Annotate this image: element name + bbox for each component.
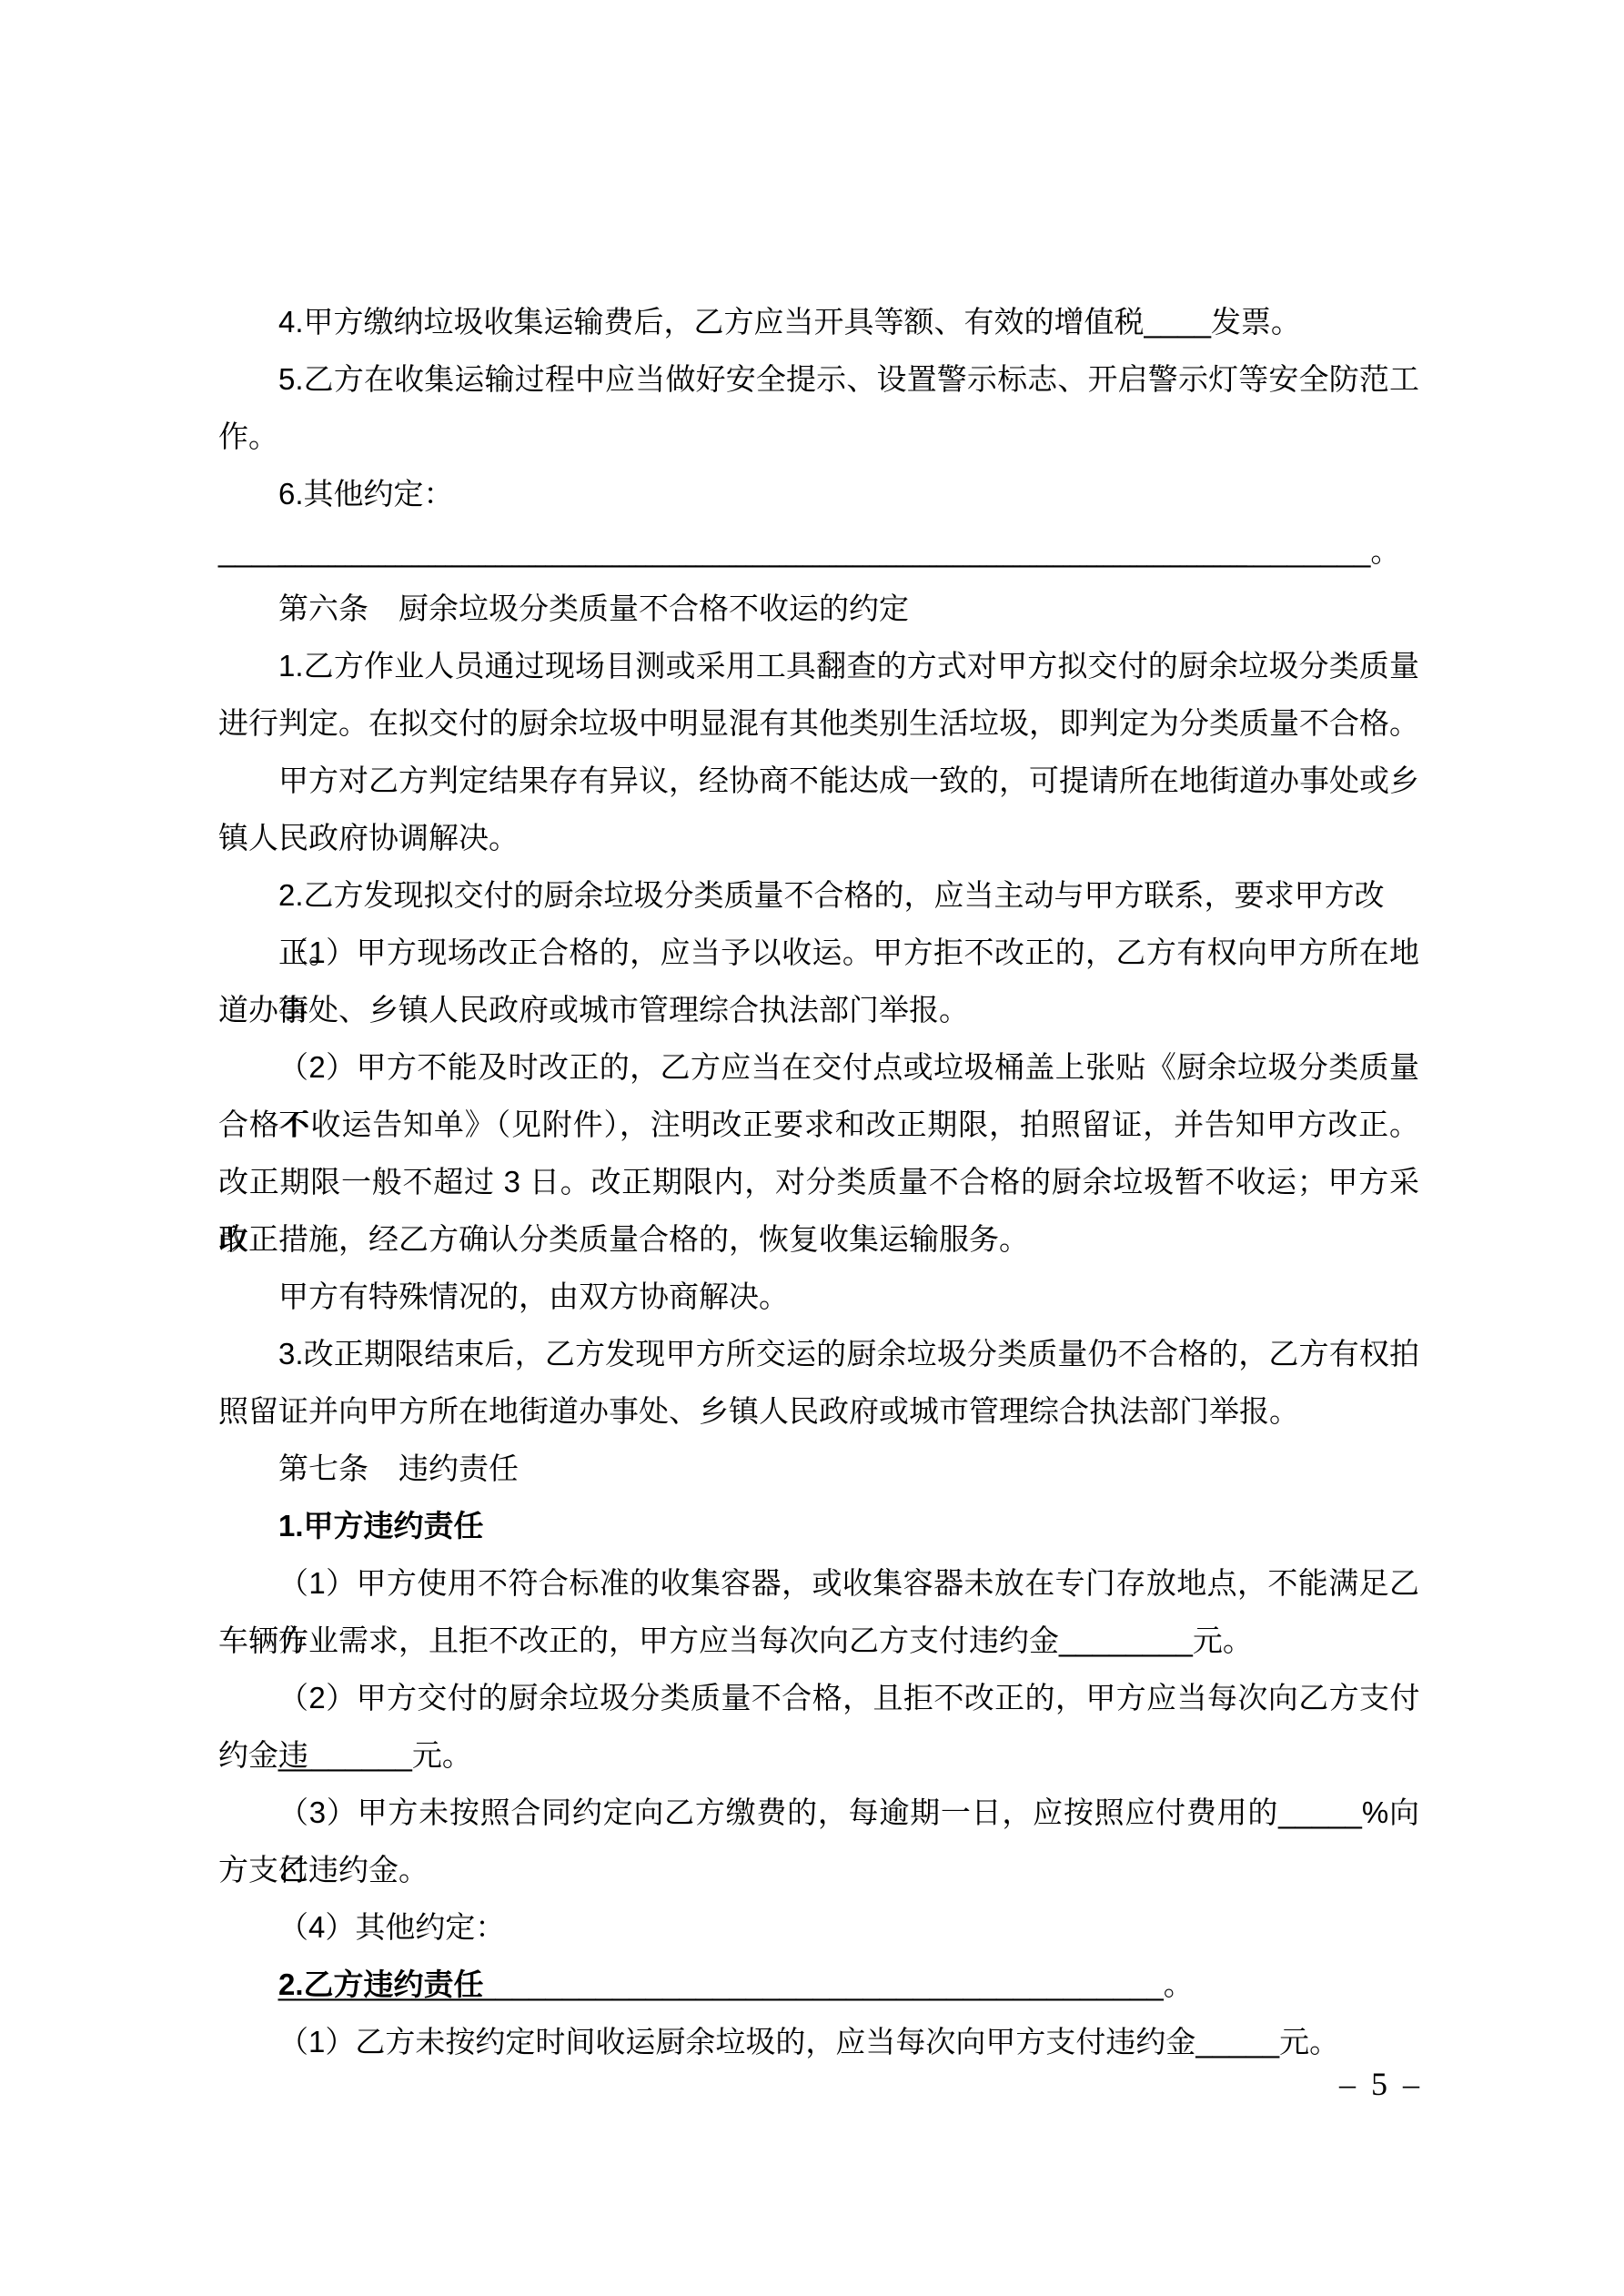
text-line: 改正措施，经乙方确认分类质量合格的，恢复收集运输服务。	[218, 1210, 1419, 1268]
text-line: （2）甲方不能及时改正的，乙方应当在交付点或垃圾桶盖上张贴《厨余垃圾分类质量不	[218, 1038, 1419, 1096]
text-line: 照留证并向甲方所在地街道办事处、乡镇人民政府或城市管理综合执法部门举报。	[218, 1382, 1419, 1440]
text-line: （4）其他约定：________________________________…	[218, 1898, 1419, 1956]
document-content: 4.甲方缴纳垃圾收集运输费后，乙方应当开具等额、有效的增值税____发票。5.乙…	[218, 293, 1419, 2070]
text-line: 第六条 厨余垃圾分类质量不合格不收运的约定	[218, 580, 1419, 637]
text-line: 4.甲方缴纳垃圾收集运输费后，乙方应当开具等额、有效的增值税____发票。	[218, 293, 1419, 350]
text-line: 1.乙方作业人员通过现场目测或采用工具翻查的方式对甲方拟交付的厨余垃圾分类质量	[218, 637, 1419, 694]
text-line: （1）甲方使用不符合标准的收集容器，或收集容器未放在专门存放地点，不能满足乙方	[218, 1554, 1419, 1612]
text-line: 镇人民政府协调解决。	[218, 809, 1419, 866]
text-line: 方支付违约金。	[218, 1841, 1419, 1898]
text-line: （3）甲方未按照合同约定向乙方缴费的，每逾期一日，应按照应付费用的_____%向…	[218, 1784, 1419, 1841]
text-line: （1）甲方现场改正合格的，应当予以收运。甲方拒不改正的，乙方有权向甲方所在地街	[218, 924, 1419, 981]
text-line: 第七条 违约责任	[218, 1440, 1419, 1497]
text-line: 车辆作业需求，且拒不改正的，甲方应当每次向乙方支付违约金________元。	[218, 1612, 1419, 1669]
contract-document-page: 4.甲方缴纳垃圾收集运输费后，乙方应当开具等额、有效的增值税____发票。5.乙…	[0, 0, 1624, 2296]
text-line: 2.乙方发现拟交付的厨余垃圾分类质量不合格的，应当主动与甲方联系，要求甲方改正。	[218, 866, 1419, 924]
text-line: 6.其他约定：_________________________________…	[218, 465, 1419, 522]
text-line: （2）甲方交付的厨余垃圾分类质量不合格，且拒不改正的，甲方应当每次向乙方支付违	[218, 1669, 1419, 1726]
text-line: 改正期限一般不超过 3 日。改正期限内，对分类质量不合格的厨余垃圾暂不收运；甲方…	[218, 1153, 1419, 1210]
page-number: – 5 –	[1297, 2056, 1461, 2113]
text-line: 5.乙方在收集运输过程中应当做好安全提示、设置警示标志、开启警示灯等安全防范工	[218, 350, 1419, 408]
text-line: 3.改正期限结束后，乙方发现甲方所交运的厨余垃圾分类质量仍不合格的，乙方有权拍	[218, 1325, 1419, 1382]
text-line: 合格不收运告知单》（见附件），注明改正要求和改正期限，拍照留证，并告知甲方改正。	[218, 1096, 1419, 1153]
text-line: 约金________元。	[218, 1726, 1419, 1784]
text-line: ________________________________________…	[218, 522, 1419, 580]
text-line: 进行判定。在拟交付的厨余垃圾中明显混有其他类别生活垃圾，即判定为分类质量不合格。	[218, 694, 1419, 752]
text-line: 1.甲方违约责任	[218, 1497, 1419, 1554]
text-line: 甲方对乙方判定结果存有异议，经协商不能达成一致的，可提请所在地街道办事处或乡	[218, 752, 1419, 809]
text-line: 作。	[218, 408, 1419, 465]
text-line: 道办事处、乡镇人民政府或城市管理综合执法部门举报。	[218, 981, 1419, 1038]
text-line: 甲方有特殊情况的，由双方协商解决。	[218, 1268, 1419, 1325]
text-line: （1）乙方未按约定时间收运厨余垃圾的，应当每次向甲方支付违约金_____元。	[218, 2013, 1419, 2070]
